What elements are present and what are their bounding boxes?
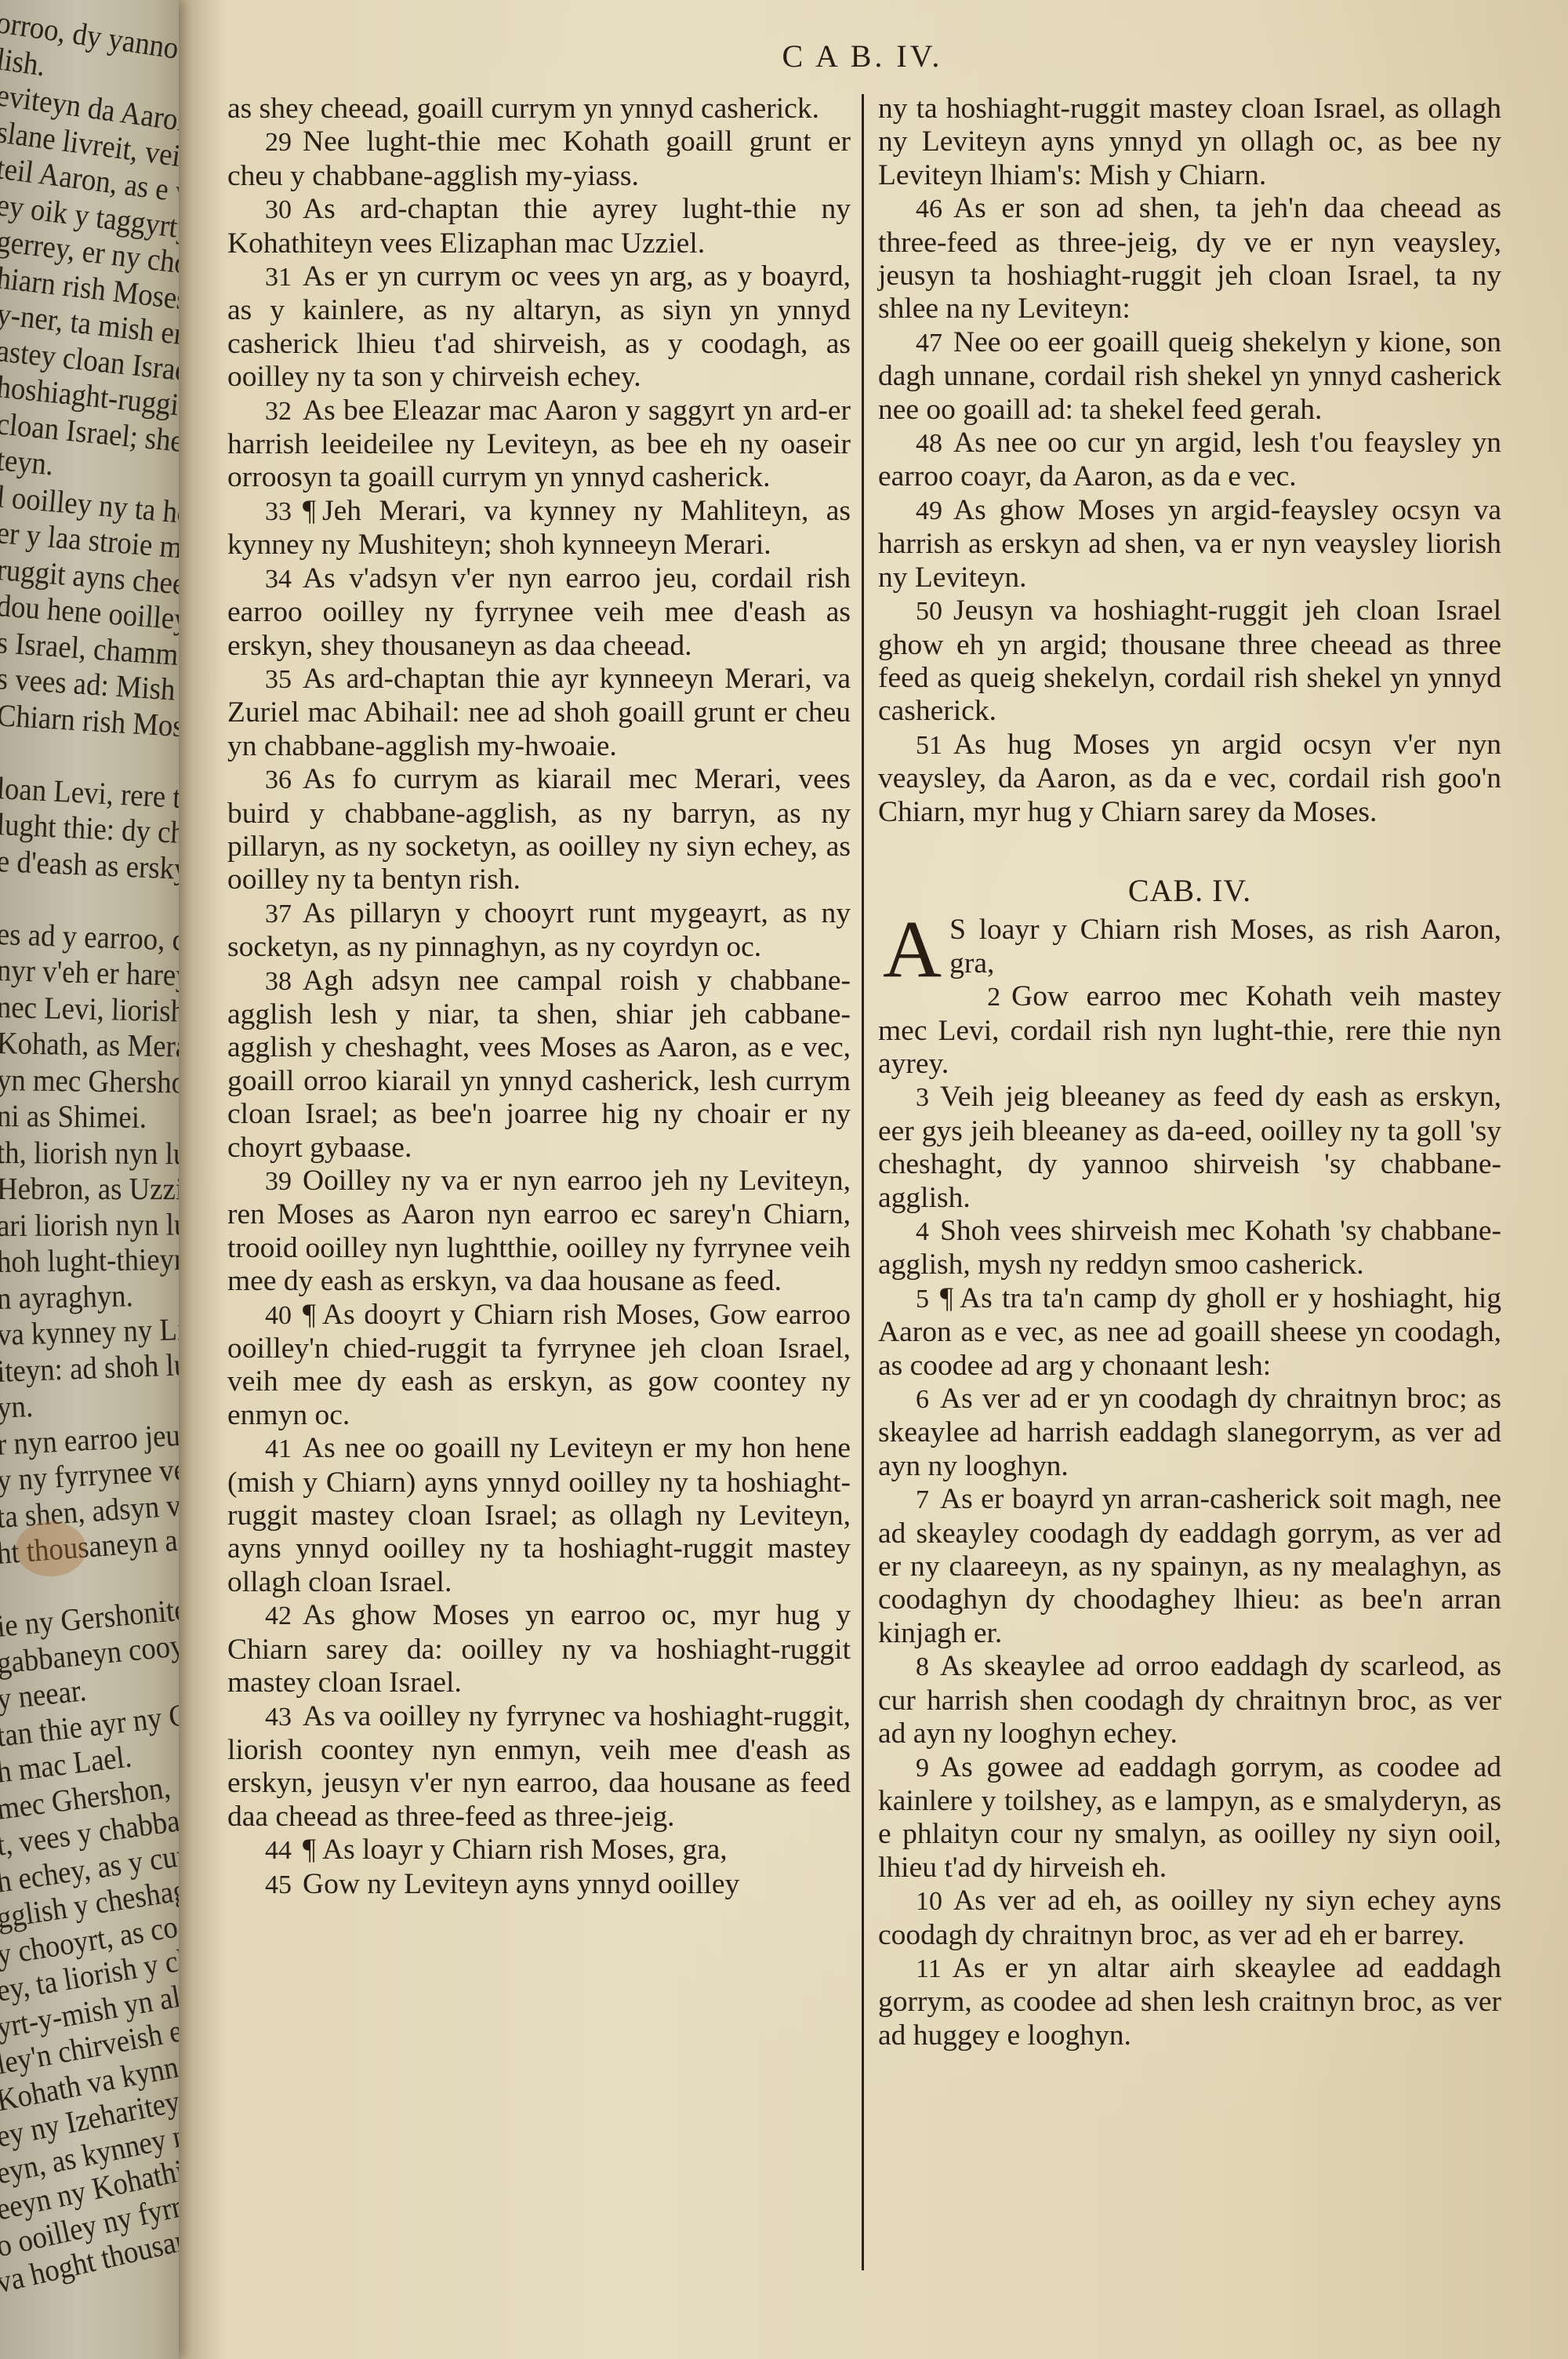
verse-text: As fo currym as kiarail mec Merari, vees… — [227, 763, 851, 896]
verse: 40¶As dooyrt y Chiarn rish Moses, Gow ea… — [227, 1299, 851, 1433]
column-divider — [862, 94, 864, 2270]
verse-text: As nee oo goaill ny Leviteyn er my hon h… — [227, 1432, 851, 1598]
verse-text: As dooyrt y Chiarn rish Moses, Gow earro… — [227, 1299, 851, 1431]
verse-number: 39 — [265, 1165, 292, 1198]
verse-number: 4 — [916, 1216, 929, 1249]
verse: 45Gow ny Leviteyn ayns ynnyd ooilley — [227, 1868, 851, 1902]
left-page-line: ni as Shimei. — [0, 1097, 147, 1136]
pilcrow-icon: ¶ — [303, 495, 316, 527]
verse-text: Gow earroo mec Kohath veih mastey mec Le… — [878, 980, 1501, 1080]
verse-number: 37 — [265, 898, 292, 931]
verse: 42As ghow Moses yn earroo oc, myr hug y … — [227, 1599, 851, 1699]
pilcrow-icon: ¶ — [940, 1282, 953, 1314]
verse: 6As ver ad er yn coodagh dy chraitnyn br… — [878, 1383, 1501, 1483]
verse: 35As ard-chaptan thie ayr kynneeyn Merar… — [227, 663, 851, 763]
verse-number: 7 — [916, 1484, 929, 1517]
verse-number: 38 — [265, 965, 292, 998]
verse-number: 2 — [987, 981, 1000, 1014]
drop-cap: A — [883, 917, 942, 983]
verse-number: 44 — [265, 1834, 292, 1867]
verse-number: 6 — [916, 1383, 929, 1416]
verse-text: As gowee ad eaddagh gorrym, as coodee ad… — [878, 1751, 1501, 1884]
verse-text: As ard-chaptan thie ayrey lught-thie ny … — [227, 193, 851, 259]
pilcrow-icon: ¶ — [303, 1834, 316, 1866]
verse: 10As ver ad eh, as ooilley ny siyn echey… — [878, 1885, 1501, 1952]
verse-number: 47 — [916, 327, 942, 360]
verse-number: 30 — [265, 194, 292, 227]
verse-number: 31 — [265, 261, 292, 294]
verse-text: As er yn currym oc vees yn arg, as y boa… — [227, 260, 851, 393]
verse-text: As bee Eleazar mac Aaron y saggyrt yn ar… — [227, 394, 851, 494]
verse: 46As er son ad shen, ta jeh'n daa cheead… — [878, 192, 1501, 326]
verse-number: 40 — [265, 1299, 292, 1332]
verse-text: Gow ny Leviteyn ayns ynnyd ooilley — [303, 1868, 739, 1900]
verse: 8As skeaylee ad orroo eaddagh dy scarleo… — [878, 1650, 1501, 1750]
right-column: ny ta hoshiaght-ruggit mastey cloan Isra… — [878, 93, 1501, 2052]
verse: 43As va ooilley ny fyrrynec va hoshiaght… — [227, 1700, 851, 1834]
verse-text: Nee oo eer goaill queig shekelyn y kione… — [878, 326, 1501, 426]
left-page-line: ari liorish nyn lught — [0, 1205, 179, 1244]
verse-number: 10 — [916, 1885, 942, 1918]
opening-verse-text: S loayr y Chiarn rish Moses, as rish Aar… — [949, 914, 1501, 979]
verse: 39Ooilley ny va er nyn earroo jeh ny Lev… — [227, 1165, 851, 1299]
verse-number: 45 — [265, 1869, 292, 1902]
verse-text: Jeh Merari, va kynney ny Mahliteyn, as k… — [227, 495, 851, 561]
right-column-verses-after: 2Gow earroo mec Kohath veih mastey mec L… — [878, 980, 1501, 2052]
chapter-heading: CAB. IV. — [878, 874, 1501, 907]
left-page-line: th, liorish nyn lught — [0, 1134, 179, 1172]
verse-text: As skeaylee ad orroo eaddagh dy scarleod… — [878, 1650, 1501, 1750]
verse-text: Ooilley ny va er nyn earroo jeh ny Levit… — [227, 1165, 851, 1297]
left-page-line: Hebron, as Uzziel. — [0, 1170, 179, 1207]
verse: 3Veih jeig bleeaney as feed dy eash as e… — [878, 1081, 1501, 1215]
verse: 9As gowee ad eaddagh gorrym, as coodee a… — [878, 1751, 1501, 1885]
verse-text: As loayr y Chiarn rish Moses, gra, — [322, 1834, 728, 1866]
verse: 37As pillaryn y chooyrt runt mygeayrt, a… — [227, 897, 851, 965]
verse: 5¶As tra ta'n camp dy gholl er y hoshiag… — [878, 1282, 1501, 1383]
verse-number: 8 — [916, 1651, 929, 1684]
verse: 34As v'adsyn v'er nyn earroo jeu, cordai… — [227, 562, 851, 663]
verse-text: Nee lught-thie mec Kohath goaill grunt e… — [227, 125, 851, 191]
right-column-verses-before: ny ta hoshiaght-ruggit mastey cloan Isra… — [878, 93, 1501, 829]
verse-number: 9 — [916, 1752, 929, 1785]
verse-text: As er boayrd yn arran-casherick soit mag… — [878, 1483, 1501, 1649]
verse-text: As ver ad eh, as ooilley ny siyn echey a… — [878, 1885, 1501, 1950]
left-page-line: yn mec Ghershon, — [0, 1061, 179, 1101]
verse-text: ny ta hoshiaght-ruggit mastey cloan Isra… — [878, 93, 1501, 191]
verse-number: 34 — [265, 563, 292, 596]
left-column: as shey cheead, goaill currym yn ynnyd c… — [227, 93, 851, 1902]
pilcrow-icon: ¶ — [303, 1299, 316, 1331]
verse: 30As ard-chaptan thie ayrey lught-thie n… — [227, 193, 851, 260]
verse: 36As fo currym as kiarail mec Merari, ve… — [227, 763, 851, 897]
verse: 32As bee Eleazar mac Aaron y saggyrt yn … — [227, 394, 851, 495]
verse-number: 41 — [265, 1433, 292, 1466]
verse-text: As va ooilley ny fyrrynec va hoshiaght-r… — [227, 1700, 851, 1833]
left-page-line: Kohath, as Merari. — [0, 1024, 179, 1065]
verse: 38Agh adsyn nee campal roish y chabbane-… — [227, 965, 851, 1165]
left-page-line: yn. — [0, 1387, 34, 1426]
verse: 51As hug Moses yn argid ocsyn v'er nyn v… — [878, 729, 1501, 829]
verse: as shey cheead, goaill currym yn ynnyd c… — [227, 93, 851, 125]
verse: 4Shoh vees shirveish mec Kohath 'sy chab… — [878, 1215, 1501, 1282]
verse-text: As ghow Moses yn earroo oc, myr hug y Ch… — [227, 1599, 851, 1699]
verse: 47Nee oo eer goaill queig shekelyn y kio… — [878, 326, 1501, 427]
left-page-line: nyr v'eh er harey. — [0, 951, 179, 994]
verse: 48As nee oo cur yn argid, lesh t'ou feay… — [878, 427, 1501, 494]
left-page-fragment: orroo, dy yannoolish.eviteyn da Aaronsla… — [0, 0, 179, 2359]
verse-text: As ghow Moses yn argid-feaysley ocsyn va… — [878, 494, 1501, 594]
verse-number: 5 — [916, 1283, 929, 1316]
verse-number: 33 — [265, 496, 292, 529]
verse-number: 50 — [916, 595, 942, 628]
verse-text: As tra ta'n camp dy gholl er y hoshiaght… — [878, 1282, 1501, 1382]
left-page-line: e d'eash as erskyn, — [0, 842, 179, 888]
verse: 50Jeusyn va hoshiaght-ruggit jeh cloan I… — [878, 594, 1501, 729]
gutter-shadow — [179, 0, 226, 2359]
verse-text: As pillaryn y chooyrt runt mygeayrt, as … — [227, 897, 851, 963]
verse-text: Jeusyn va hoshiaght-ruggit jeh cloan Isr… — [878, 594, 1501, 727]
verse: 49As ghow Moses yn argid-feaysley ocsyn … — [878, 494, 1501, 594]
verse-text: As ard-chaptan thie ayr kynneeyn Merari,… — [227, 663, 851, 762]
verse: 7As er boayrd yn arran-casherick soit ma… — [878, 1483, 1501, 1650]
verse: ny ta hoshiaght-ruggit mastey cloan Isra… — [878, 93, 1501, 192]
verse: 11As er yn altar airh skeaylee ad eaddag… — [878, 1952, 1501, 2052]
verse-number: 36 — [265, 764, 292, 797]
verse-text: as shey cheead, goaill currym yn ynnyd c… — [227, 93, 819, 125]
verse-text: As ver ad er yn coodagh dy chraitnyn bro… — [878, 1383, 1501, 1482]
verse-number: 42 — [265, 1600, 292, 1633]
verse-number: 32 — [265, 395, 292, 428]
left-page-line: hoh lught-thieyn — [0, 1241, 179, 1280]
verse: 41As nee oo goaill ny Leviteyn er my hon… — [227, 1432, 851, 1599]
verse-text: As hug Moses yn argid ocsyn v'er nyn vea… — [878, 729, 1501, 828]
verse-text: Shoh vees shirveish mec Kohath 'sy chabb… — [878, 1215, 1501, 1281]
verse: 33¶Jeh Merari, va kynney ny Mahliteyn, a… — [227, 495, 851, 562]
verse-number: 49 — [916, 495, 942, 528]
foxing-stain — [16, 1521, 86, 1576]
verse-text: As v'adsyn v'er nyn earroo jeu, cordail … — [227, 562, 851, 662]
verse: 29Nee lught-thie mec Kohath goaill grunt… — [227, 125, 851, 193]
verse-text: As er yn altar airh skeaylee ad eaddagh … — [878, 1952, 1501, 2052]
verse: 2Gow earroo mec Kohath veih mastey mec L… — [878, 980, 1501, 1081]
verse: 44¶As loayr y Chiarn rish Moses, gra, — [227, 1834, 851, 1867]
running-head: C A B. IV. — [768, 38, 956, 75]
left-page-line: nec Levi, liorish — [0, 988, 179, 1030]
verse-text: As er son ad shen, ta jeh'n daa cheead a… — [878, 192, 1501, 325]
left-page-line: va kynney ny Libni — [0, 1310, 179, 1353]
verse-number: 11 — [916, 1953, 942, 1986]
verse-number: 46 — [916, 193, 942, 226]
verse-number: 3 — [916, 1081, 929, 1114]
verse-text: Veih jeig bleeaney as feed dy eash as er… — [878, 1081, 1501, 1213]
left-page-line: n ayraghyn. — [0, 1277, 133, 1317]
verse-number: 51 — [916, 729, 942, 762]
verse-number: 35 — [265, 663, 292, 696]
left-page-line: teyn. — [0, 441, 55, 482]
verse: 31As er yn currym oc vees yn arg, as y b… — [227, 260, 851, 394]
verse-number: 29 — [265, 126, 292, 159]
chapter-opening-verse: AS loayr y Chiarn rish Moses, as rish Aa… — [878, 914, 1501, 980]
verse-number: 43 — [265, 1701, 292, 1734]
verse-text: As nee oo cur yn argid, lesh t'ou feaysl… — [878, 427, 1501, 493]
verse-number: 48 — [916, 427, 942, 460]
verse-text: Agh adsyn nee campal roish y chabbane-ag… — [227, 965, 851, 1164]
